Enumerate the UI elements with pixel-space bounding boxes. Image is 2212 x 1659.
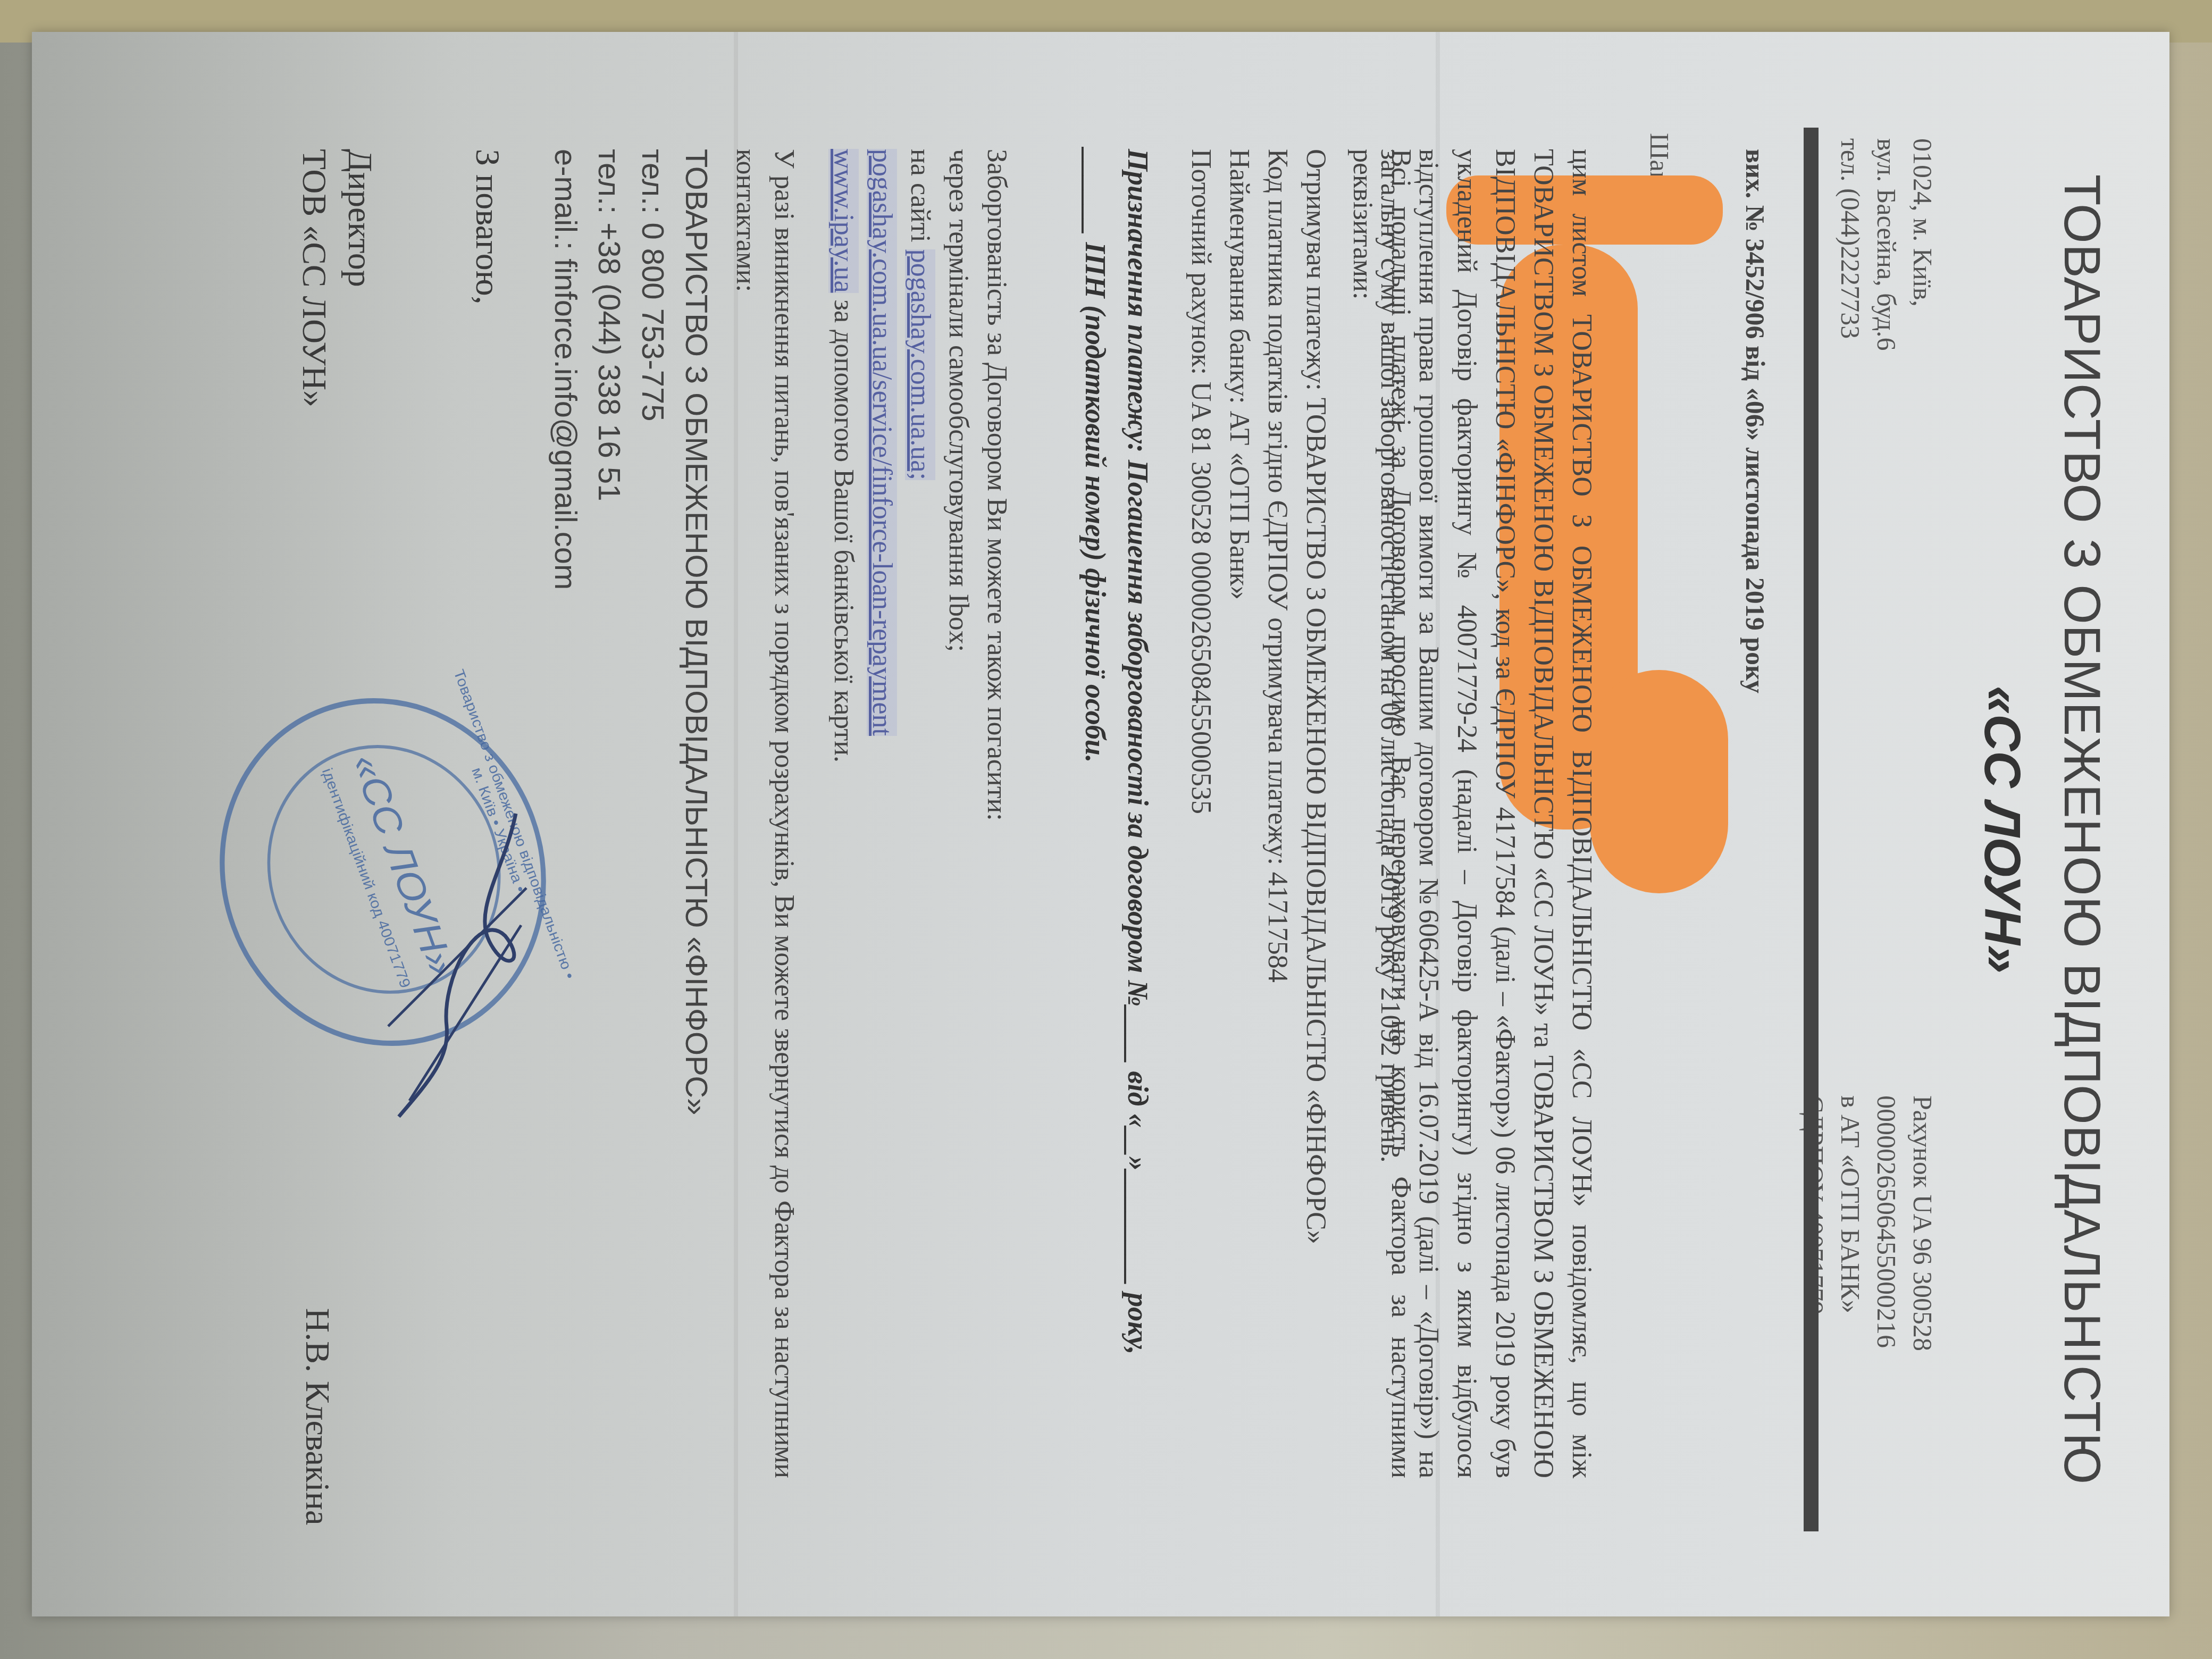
requisite-line: Отримувач платежу: ТОВАРИСТВО З ОБМЕЖЕНО… <box>1296 149 1335 1244</box>
ipay-link[interactable]: www.ipay.ua <box>828 149 859 293</box>
signatory-name: Н.В. Клєвакіна <box>295 1308 340 1525</box>
payment-methods: Заборгованість за Договором Ви можете та… <box>824 149 1016 821</box>
address-line: 01024, м. Київ, <box>1905 138 1941 351</box>
signatory-position: Директор <box>337 149 383 407</box>
redaction-mark <box>1590 670 1728 893</box>
requisite-line: Код платника податків згідно ЄДРПОУ отри… <box>1258 149 1296 1244</box>
header-divider <box>1804 128 1819 1531</box>
payment-method-line: на сайті pogashay.com.ua.ua; <box>901 149 939 821</box>
body-paragraph-2: Всі подальші платежі за Договором просим… <box>1343 149 1420 1478</box>
signatory-title: Директор ТОВ «СС ЛОУН» <box>291 149 383 407</box>
payment-method-line: Заборгованість за Договором Ви можете та… <box>977 149 1016 821</box>
contact-phone: тел.: +38 (044) 338 16 51 <box>587 149 631 1115</box>
company-full-name: ТОВАРИСТВО З ОБМЕЖЕНОЮ ВІДПОВІДАЛЬНІСТЮ <box>2052 85 2111 1574</box>
bank-line: в АТ «ОТП БАНК» <box>1832 1095 1869 1574</box>
label: на сайті <box>905 149 935 249</box>
address-line: вул. Басейна, буд.6 <box>1869 138 1905 351</box>
reference-number: вих. № 3452/906 від «06» листопада 2019 … <box>1740 149 1771 693</box>
company-short-name: «СС ЛОУН» <box>1973 85 2031 1574</box>
closing-note: У разі виникнення питань, пов'язаних з п… <box>726 149 803 1478</box>
requisite-line: Поточний рахунок: UA 81 300528 000002650… <box>1182 149 1220 1244</box>
signature <box>378 803 537 1122</box>
signatory-org: ТОВ «СС ЛОУН» <box>291 149 337 407</box>
payment-method-line: через термінали самообслуговування Ibox; <box>939 149 977 821</box>
bank-line: Рахунок UA 96 300528 0000026506455000216 <box>1869 1095 1941 1574</box>
company-address: 01024, м. Київ, вул. Басейна, буд.6 тел.… <box>1832 138 1941 351</box>
letter-document: ТОВАРИСТВО З ОБМЕЖЕНОЮ ВІДПОВІДАЛЬНІСТЮ … <box>191 85 2132 1574</box>
pogashay-link[interactable]: pogashay.com.ua.ua; <box>905 249 935 480</box>
contact-phone: тел.: 0 800 753-775 <box>631 149 674 1115</box>
requisite-line: Найменування банку: АТ «ОТП Банк» <box>1220 149 1258 1244</box>
label: за допомогою Вашої банківської карти. <box>828 293 859 763</box>
payment-requisites: Отримувач платежу: ТОВАРИСТВО З ОБМЕЖЕНО… <box>1182 149 1335 1244</box>
regards: З повагою, <box>465 149 510 305</box>
payment-method-line: www.ipay.ua за допомогою Вашої банківськ… <box>824 149 862 821</box>
finforce-repayment-link[interactable]: pogashay.com.ua.ua/service/finforce-loan… <box>867 149 897 736</box>
contact-company: ТОВАРИСТВО З ОБМЕЖЕНОЮ ВІДПОВІДАЛЬНІСТЮ … <box>674 149 718 1115</box>
payment-purpose-line: Призначення платежу: Погашення заборгова… <box>1117 149 1159 1489</box>
payment-purpose-line: ______ ІПН (податковий номер) фізичної о… <box>1074 149 1117 1489</box>
address-line: тел. (044)2227733 <box>1832 138 1869 351</box>
payment-purpose: Призначення платежу: Погашення заборгова… <box>1074 149 1159 1489</box>
